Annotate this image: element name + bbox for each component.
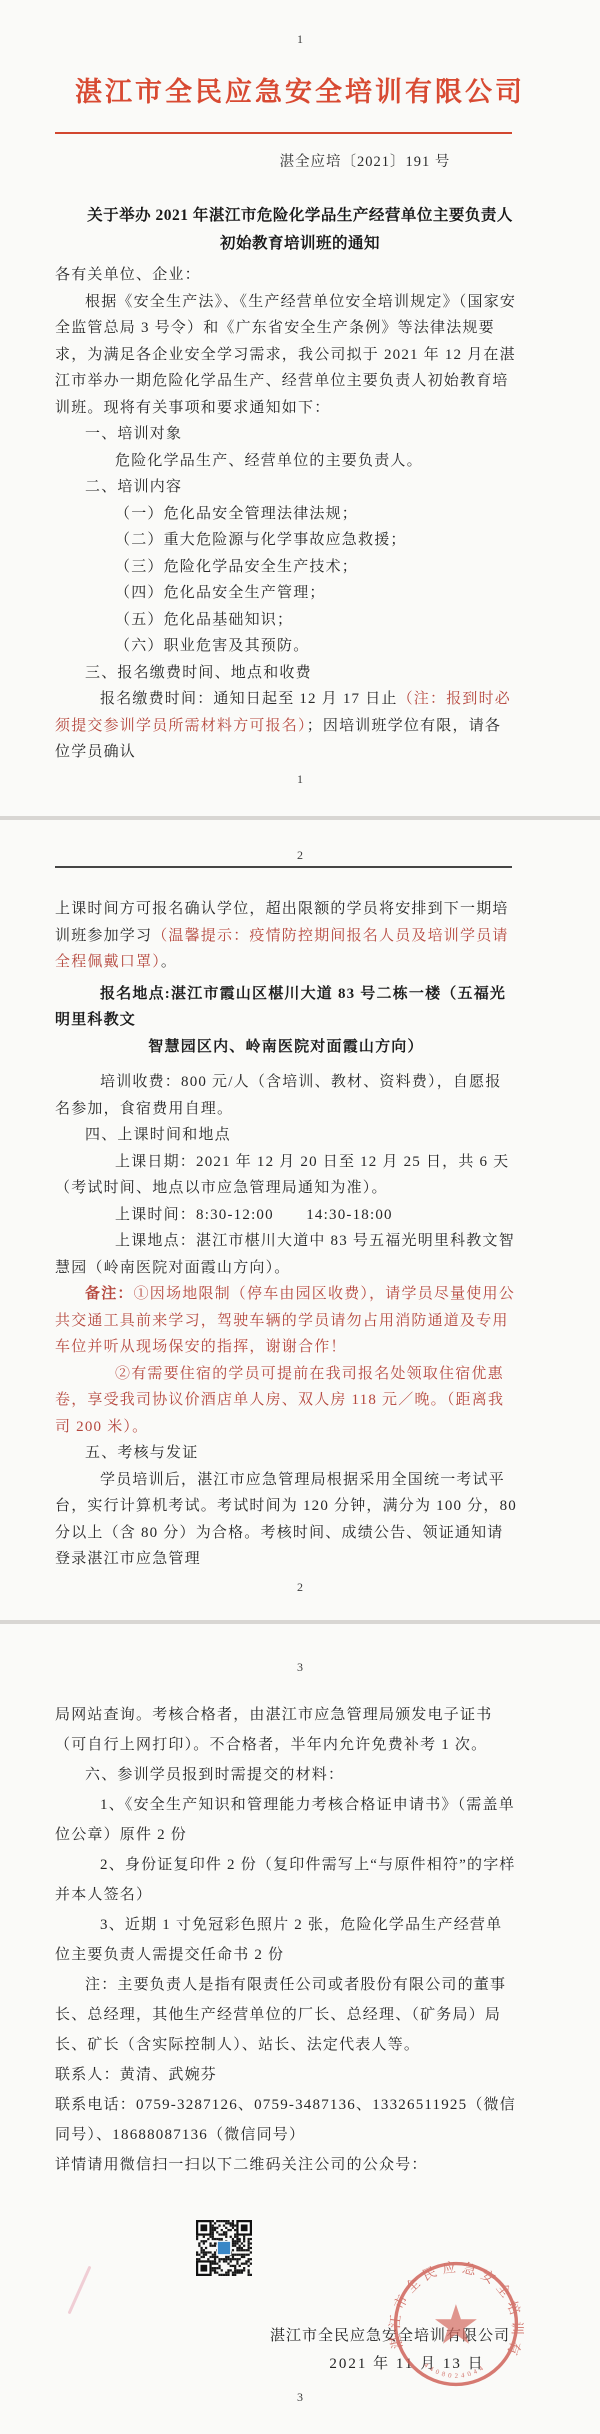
scan-artifact <box>68 2266 92 2315</box>
training-item: （五）危化品基础知识； <box>55 607 517 634</box>
contact-person: 联系人：黄清、武婉芬 <box>55 2060 517 2090</box>
section-5-heading: 五、考核与发证 <box>55 1440 517 1467</box>
doc-number: 湛全应培〔2021〕191 号 <box>0 150 600 171</box>
cont-period: 。 <box>161 954 177 970</box>
section-4-heading: 四、上课时间和地点 <box>55 1122 517 1149</box>
page-number-bottom: 2 <box>0 1580 600 1595</box>
intro-paragraph: 根据《安全生产法》、《生产经营单位安全培训规定》（国家安全监管总局 3 号令）和… <box>55 289 517 422</box>
exam-paragraph: 学员培训后，湛江市应急管理局根据采用全国统一考试平台，实行计算机考试。考试时间为… <box>55 1467 517 1573</box>
section-6-heading: 六、参训学员报到时需提交的材料： <box>55 1760 517 1790</box>
notice-title-line2: 初始教育培训班的通知 <box>40 230 560 258</box>
page-number-top: 3 <box>0 1660 600 1675</box>
salutation: 各有关单位、企业： <box>55 262 517 289</box>
class-date: 上课日期：2021 年 12 月 20 日至 12 月 25 日，共 6 天（考… <box>55 1149 517 1202</box>
responsible-person-note: 注：主要负责人是指有限责任公司或者股份有限公司的董事长、总经理，其他生产经营单位… <box>55 1970 517 2060</box>
svg-text:4408024044: 4408024044 <box>422 2362 485 2380</box>
page-number-top: 1 <box>0 32 600 47</box>
notice-title: 关于举办 2021 年湛江市危险化学品生产经营单位主要负责人 初始教育培训班的通… <box>40 202 560 258</box>
registration-address: 报名地点:湛江市霞山区椹川大道 83 号二栋一楼（五福光明里科教文 智慧园区内、… <box>55 981 517 1061</box>
page-number-top: 2 <box>0 848 600 863</box>
section-1-body: 危险化学品生产、经营单位的主要负责人。 <box>55 448 517 475</box>
page3-body: 局网站查询。考核合格者，由湛江市应急管理局颁发电子证书（可自行上网打印）。不合格… <box>55 1700 517 2180</box>
notice-title-line1: 关于举办 2021 年湛江市危险化学品生产经营单位主要负责人 <box>40 202 560 230</box>
org-header: 湛江市全民应急安全培训有限公司 <box>0 70 600 109</box>
remark-label: 备注： <box>85 1286 134 1302</box>
notice-page-3: 3 局网站查询。考核合格者，由湛江市应急管理局颁发电子证书（可自行上网打印）。不… <box>0 1624 600 2434</box>
registration-address-line2: 智慧园区内、岭南医院对面霞山方向） <box>55 1034 517 1061</box>
training-item: （四）危化品安全生产管理； <box>55 580 517 607</box>
class-time: 上课时间：8:30-12:00 14:30-18:00 <box>55 1202 517 1229</box>
qr-prompt: 详情请用微信扫一扫以下二维码关注公司的公众号： <box>55 2150 517 2180</box>
training-item: （六）职业危害及其预防。 <box>55 633 517 660</box>
continuation-paragraph: 上课时间方可报名确认学位，超出限额的学员将安排到下一期培训班参加学习（温馨提示：… <box>55 896 517 976</box>
enroll-paragraph: 报名缴费时间：通知日起至 12 月 17 日止（注：报到时必须提交参训学员所需材… <box>55 686 517 766</box>
qr-code <box>196 2220 252 2276</box>
header-divider <box>55 132 512 134</box>
section-1-heading: 一、培训对象 <box>55 421 517 448</box>
exam-continuation: 局网站查询。考核合格者，由湛江市应急管理局颁发电子证书（可自行上网打印）。不合格… <box>55 1700 517 1760</box>
remark-paragraph-1: 备注：①因场地限制（停车由园区收费），请学员尽量使用公共交通工具前来学习，驾驶车… <box>55 1281 517 1361</box>
enroll-text: 报名缴费时间：通知日起至 12 月 17 日止 <box>100 691 398 707</box>
scan-edge-line <box>55 866 512 868</box>
notice-page-2: 2 上课时间方可报名确认学位，超出限额的学员将安排到下一期培训班参加学习（温馨提… <box>0 820 600 1620</box>
fee-paragraph: 培训收费：800 元/人（含培训、教材、资料费），自愿报名参加，食宿费用自理。 <box>55 1069 517 1122</box>
page2-body: 上课时间方可报名确认学位，超出限额的学员将安排到下一期培训班参加学习（温馨提示：… <box>55 896 517 1573</box>
page-number-bottom: 3 <box>0 2390 600 2405</box>
section-2-heading: 二、培训内容 <box>55 474 517 501</box>
remark-paragraph-2: ②有需要住宿的学员可提前在我司报名处领取住宿优惠卷，享受我司协议价酒店单人房、双… <box>55 1361 517 1441</box>
training-item: （三）危险化学品安全生产技术； <box>55 554 517 581</box>
training-item: （一）危化品安全管理法律法规； <box>55 501 517 528</box>
material-item-3: 3、近期 1 寸免冠彩色照片 2 张，危险化学品生产经营单位主要负责人需提交任命… <box>55 1910 517 1970</box>
page1-body: 各有关单位、企业： 根据《安全生产法》、《生产经营单位安全培训规定》（国家安全监… <box>55 262 517 766</box>
seal-number: 4408024044 <box>422 2362 485 2380</box>
registration-address-line1: 报名地点:湛江市霞山区椹川大道 83 号二栋一楼（五福光明里科教文 <box>55 981 517 1034</box>
training-item: （二）重大危险源与化学事故应急救援； <box>55 527 517 554</box>
material-item-1: 1、《安全生产知识和管理能力考核合格证申请书》（需盖单位公章）原件 2 份 <box>55 1790 517 1850</box>
page-number-bottom: 1 <box>0 772 600 787</box>
seal-star-icon: ★ <box>432 2295 481 2356</box>
class-place: 上课地点：湛江市椹川大道中 83 号五福光明里科教文智慧园（岭南医院对面霞山方向… <box>55 1228 517 1281</box>
notice-page-1: 1 湛江市全民应急安全培训有限公司 湛全应培〔2021〕191 号 关于举办 2… <box>0 0 600 816</box>
material-item-2: 2、身份证复印件 2 份（复印件需写上“与原件相符”的字样并本人签名） <box>55 1850 517 1910</box>
contact-phone: 联系电话：0759-3287126、0759-3487136、133265119… <box>55 2090 517 2150</box>
company-seal: 湛江市全民应急安全培训有限公司 ★ 4408024044 <box>378 2246 534 2402</box>
section-3-heading: 三、报名缴费时间、地点和收费 <box>55 660 517 687</box>
